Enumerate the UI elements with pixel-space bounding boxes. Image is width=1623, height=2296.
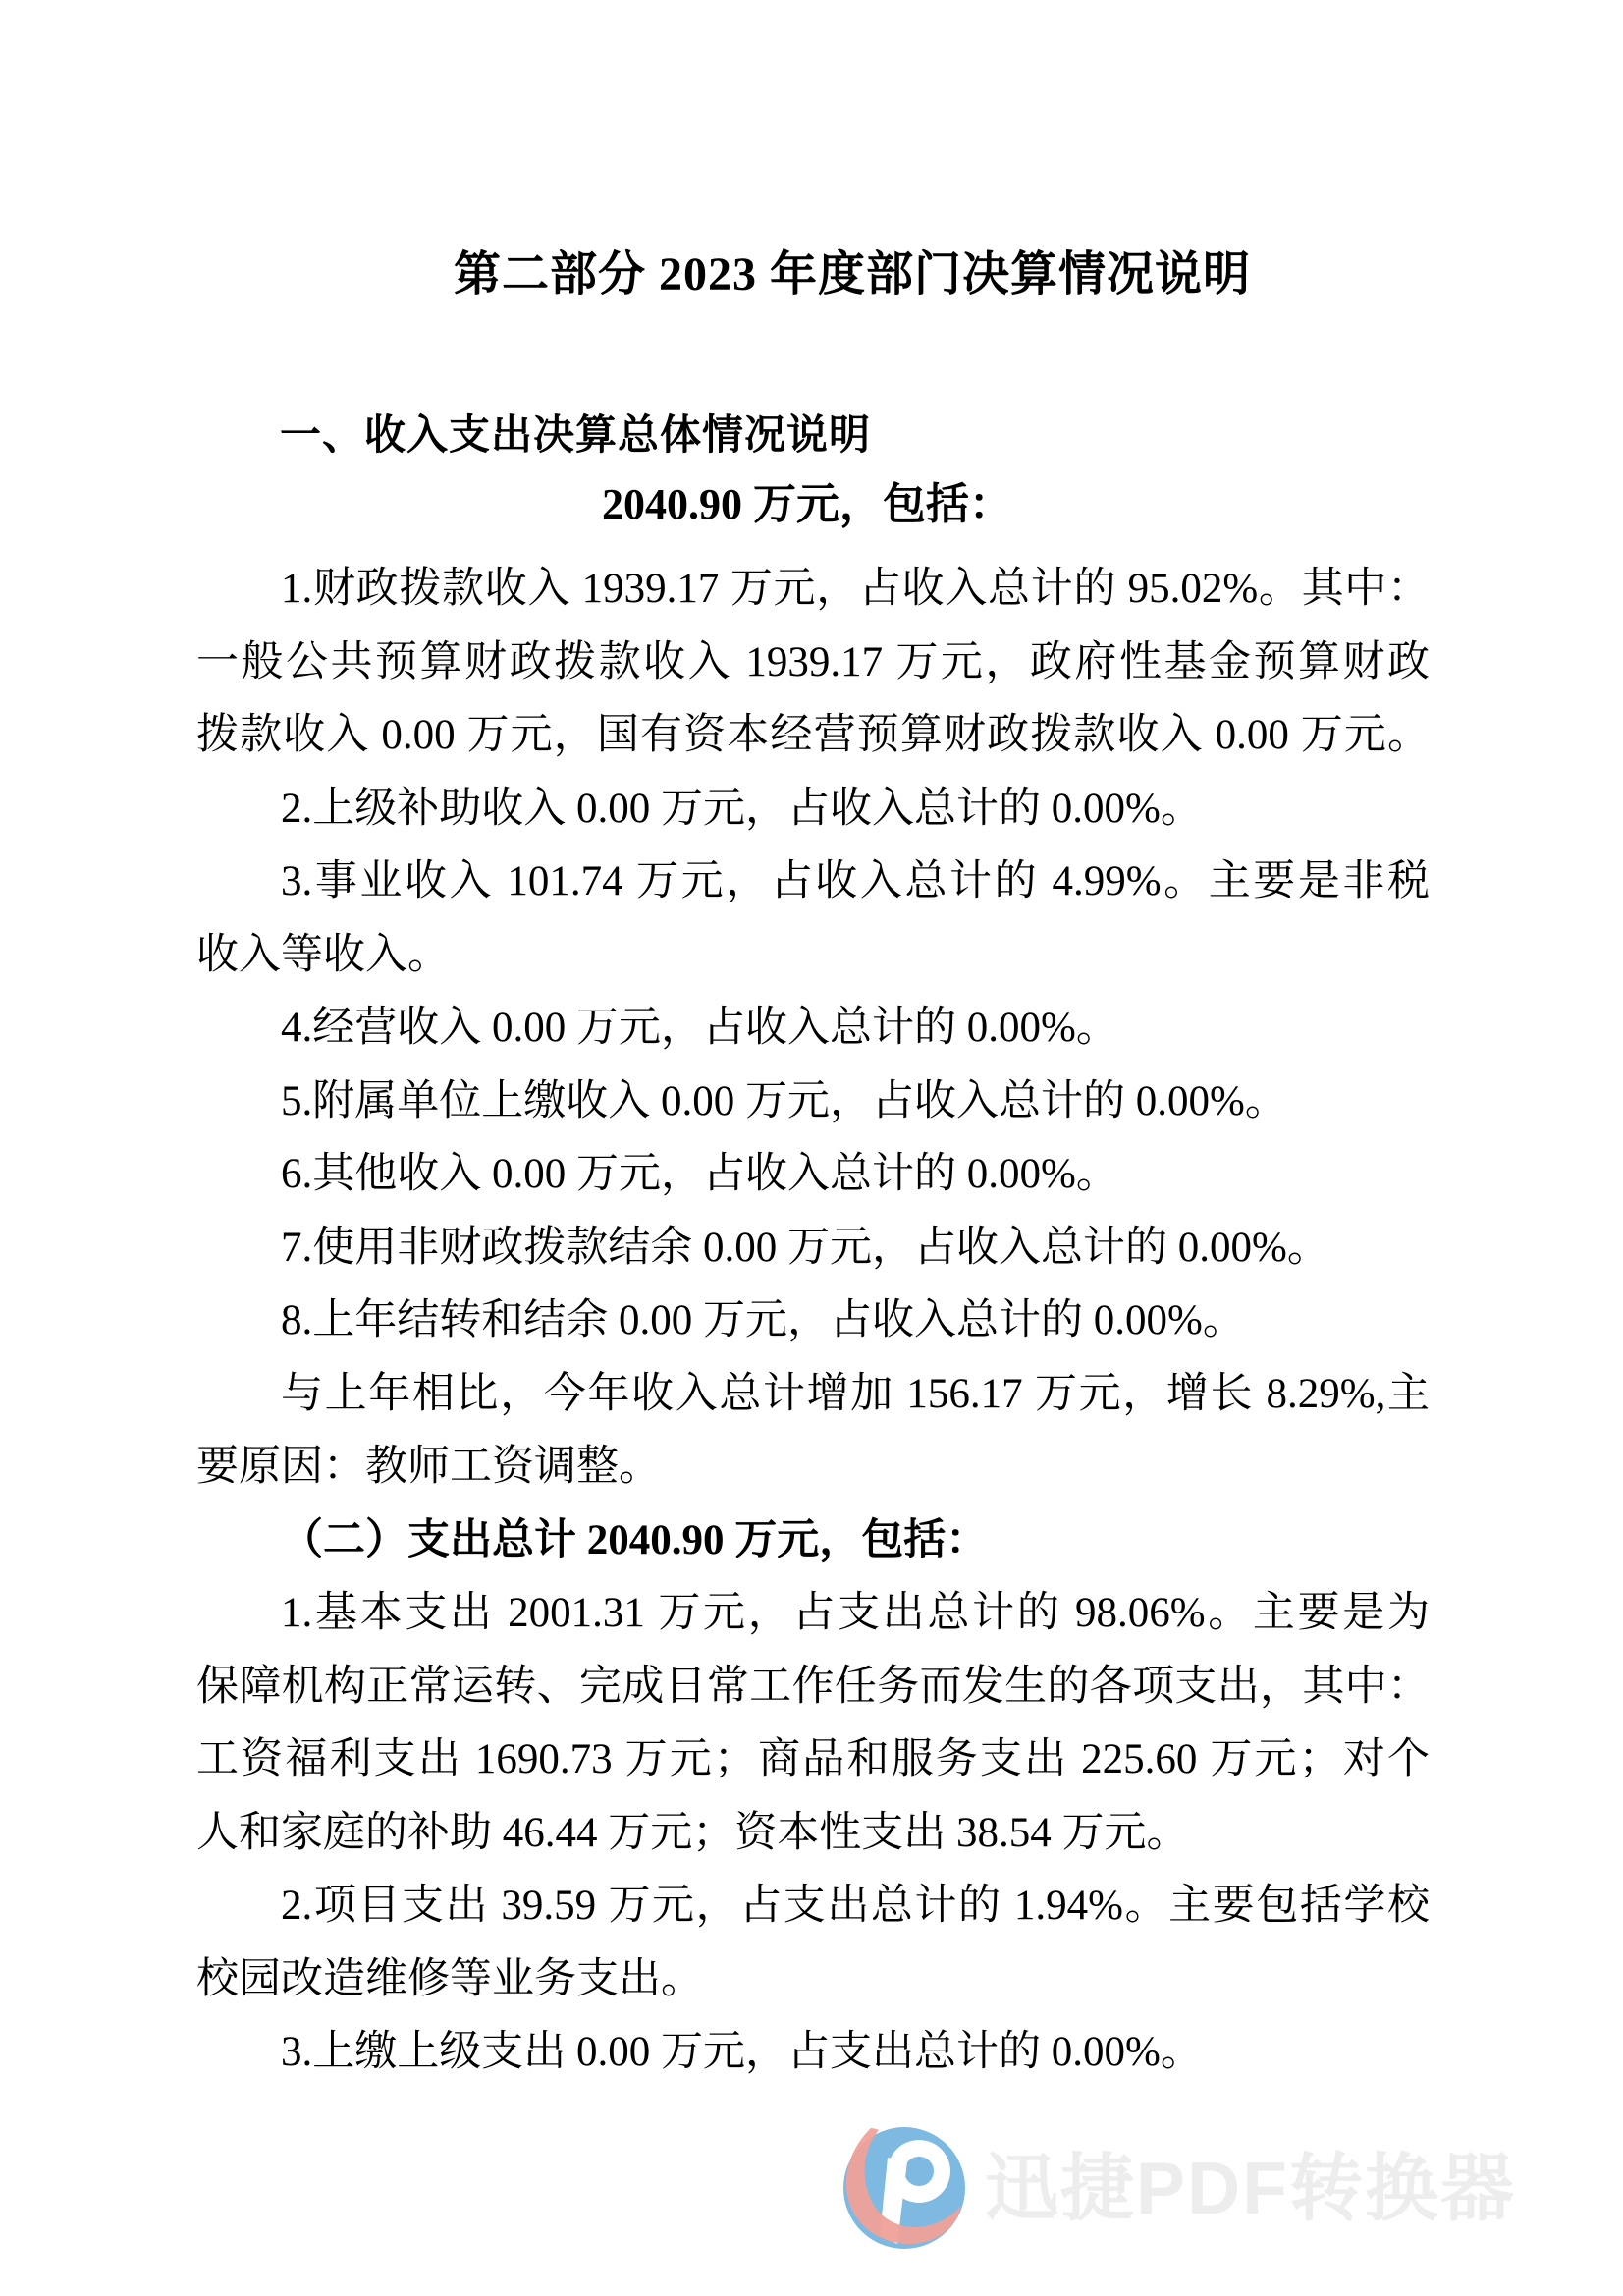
document-page: 第二部分 2023 年度部门决算情况说明 一、收入支出决算总体情况说明 2040… [0, 0, 1623, 2296]
body-line: 与上年相比，今年收入总计增加 156.17 万元，增长 8.29%,主 [196, 1358, 1430, 1432]
body-line: 6.其他收入 0.00 万元，占收入总计的 0.00%。 [196, 1138, 1430, 1212]
watermark: 迅捷PDF转换器 [825, 2116, 1512, 2273]
body-line: 一般公共预算财政拨款收入 1939.17 万元，政府性基金预算财政 [196, 627, 1430, 700]
pdf-converter-logo-icon [840, 2124, 968, 2252]
body-line: 5.附属单位上缴收入 0.00 万元，占收入总计的 0.00%。 [196, 1066, 1430, 1139]
body-line: 人和家庭的补助 46.44 万元；资本性支出 38.54 万元。 [196, 1797, 1430, 1871]
watermark-text: 迅捷PDF转换器 [985, 2152, 1516, 2225]
income-subtotal-fragment: 2040.90 万元，包括： [602, 477, 1012, 532]
body-line: 工资福利支出 1690.73 万元；商品和服务支出 225.60 万元；对个 [196, 1723, 1430, 1797]
body-text: 1.财政拨款收入 1939.17 万元，占收入总计的 95.02%。其中： 一般… [196, 553, 1430, 2090]
body-line: 8.上年结转和结余 0.00 万元，占收入总计的 0.00%。 [196, 1285, 1430, 1358]
expense-subtotal-line: （二）支出总计 2040.90 万元，包括： [196, 1504, 1430, 1578]
body-line: 3.上缴上级支出 0.00 万元，占支出总计的 0.00%。 [196, 2016, 1430, 2090]
body-line: 要原因：教师工资调整。 [196, 1431, 1430, 1504]
body-line: 3.事业收入 101.74 万元，占收入总计的 4.99%。主要是非税 [196, 846, 1430, 919]
section-heading: 一、收入支出决算总体情况说明 [280, 409, 871, 462]
body-line: 7.使用非财政拨款结余 0.00 万元，占收入总计的 0.00%。 [196, 1212, 1430, 1285]
body-line: 收入等收入。 [196, 919, 1430, 993]
body-line: 1.基本支出 2001.31 万元，占支出总计的 98.06%。主要是为 [196, 1577, 1430, 1651]
body-line: 保障机构正常运转、完成日常工作任务而发生的各项支出，其中： [196, 1651, 1430, 1724]
body-line: 2.上级补助收入 0.00 万元，占收入总计的 0.00%。 [196, 773, 1430, 847]
body-line: 校园改造维修等业务支出。 [196, 1943, 1430, 2017]
body-line: 拨款收入 0.00 万元，国有资本经营预算财政拨款收入 0.00 万元。 [196, 699, 1430, 773]
page-title: 第二部分 2023 年度部门决算情况说明 [236, 246, 1469, 304]
body-line: 1.财政拨款收入 1939.17 万元，占收入总计的 95.02%。其中： [196, 553, 1430, 627]
body-line: 4.经营收入 0.00 万元，占收入总计的 0.00%。 [196, 992, 1430, 1066]
body-line: 2.项目支出 39.59 万元，占支出总计的 1.94%。主要包括学校 [196, 1870, 1430, 1943]
